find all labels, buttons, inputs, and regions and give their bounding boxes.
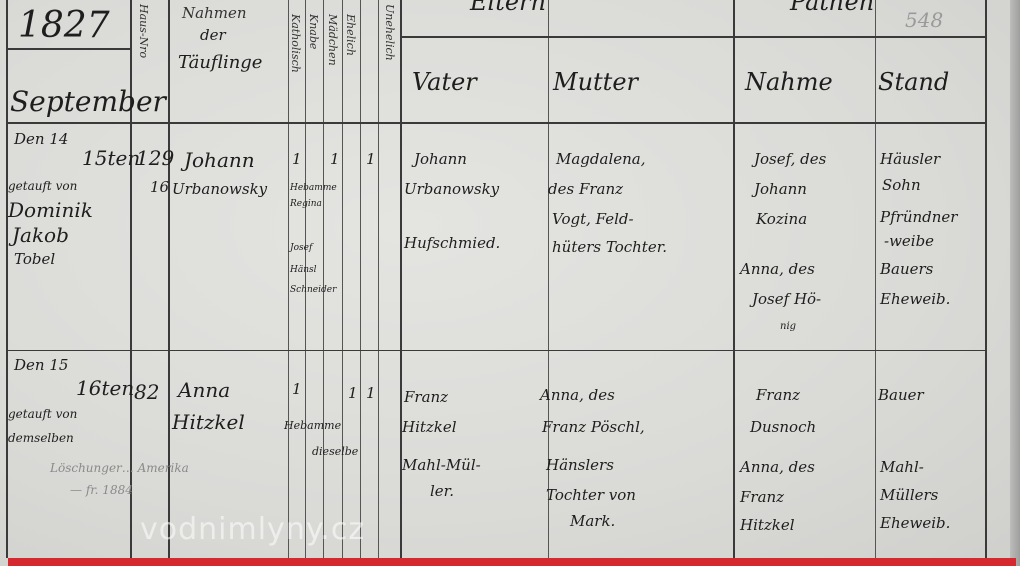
rule xyxy=(6,48,130,50)
mother-line: hüters Tochter. xyxy=(552,240,667,255)
godparent-line: Johann xyxy=(754,182,807,197)
mother-line: Vogt, Feld- xyxy=(552,212,634,227)
mother-line: Anna, des xyxy=(540,388,615,403)
midwife-note: Schneider xyxy=(290,286,336,295)
entry-date-baptized: 16ten xyxy=(76,378,134,398)
rule xyxy=(6,0,8,558)
name-header-mid: der xyxy=(200,28,226,43)
rule xyxy=(985,0,987,558)
child-name-first: Anna xyxy=(178,380,230,400)
mark-female: 1 xyxy=(292,382,302,397)
child-name-first: Johann xyxy=(184,150,255,170)
godparent-line: Franz xyxy=(756,388,800,403)
rule xyxy=(875,0,876,558)
house-number: 129 xyxy=(136,148,174,168)
stand-line: Sohn xyxy=(882,178,921,193)
rule xyxy=(378,0,379,558)
mother-line: Franz Pöschl, xyxy=(542,420,645,435)
stand-line: Häusler xyxy=(880,152,940,167)
month: September xyxy=(10,88,166,116)
child-name-last: Urbanowsky xyxy=(172,182,267,197)
midwife-note: Regina xyxy=(290,200,322,209)
entry-date-born: Den 14 xyxy=(14,132,68,147)
house-sub-number: 16 xyxy=(150,180,169,195)
stand-line: Bauers xyxy=(880,262,933,277)
house-number: 82 xyxy=(134,382,159,402)
father-line: Johann xyxy=(414,152,467,167)
pencil-annotation: — fr. 1884 xyxy=(70,484,133,496)
name-header-top: Nahmen xyxy=(182,6,247,21)
narrow-header-4: Ehelich xyxy=(344,14,357,56)
priest-name-3: Tobel xyxy=(14,252,55,267)
baptized-by-label: getauft von xyxy=(8,180,77,192)
stand-line: Pfründner xyxy=(880,210,957,225)
stand-header: Stand xyxy=(878,70,949,94)
bottom-red-bar xyxy=(8,558,1016,566)
stand-line: Eheweib. xyxy=(880,516,950,531)
midwife-note: Josef xyxy=(290,244,312,253)
rule xyxy=(323,0,324,558)
year: 1827 xyxy=(18,8,110,44)
narrow-header-3: Mädchen xyxy=(326,14,339,66)
godparent-line: Kozina xyxy=(756,212,807,227)
midwife-note: Hänsl xyxy=(290,266,317,275)
watermark: vodnimlyny.cz xyxy=(140,512,365,547)
mutter-header: Mutter xyxy=(553,70,638,94)
entry-date-born: Den 15 xyxy=(14,358,68,373)
godparent-line: Dusnoch xyxy=(750,420,816,435)
narrow-header-1: Katholisch xyxy=(289,14,302,73)
stand-line: Mahl- xyxy=(880,460,924,475)
rule xyxy=(305,0,306,558)
father-line: Hufschmied. xyxy=(404,236,500,251)
rule xyxy=(360,0,361,558)
godparent-line: Anna, des xyxy=(740,262,815,277)
midwife-note: Hebamme xyxy=(284,420,341,431)
rule xyxy=(548,0,549,558)
father-line: Mahl-Mül- xyxy=(402,458,481,473)
father-line: ler. xyxy=(430,484,454,499)
narrow-header-2: Knabe xyxy=(307,14,320,49)
vater-header: Vater xyxy=(412,70,477,94)
stand-line: Müllers xyxy=(880,488,938,503)
mother-line: Magdalena, xyxy=(556,152,646,167)
godparent-line: Josef Hö- xyxy=(752,292,821,307)
nahme-header: Nahme xyxy=(745,70,833,94)
mark-legit: 1 xyxy=(348,386,358,401)
stand-line: Bauer xyxy=(878,388,924,403)
rule xyxy=(400,0,402,558)
midwife-note: dieselbe xyxy=(312,446,358,457)
rule xyxy=(288,0,289,558)
godparent-line: Anna, des xyxy=(740,460,815,475)
mother-line: des Franz xyxy=(548,182,623,197)
entry-date-baptized: 15ten xyxy=(82,148,140,168)
mother-line: Tochter von xyxy=(546,488,636,503)
priest-name-1: Dominik xyxy=(8,200,93,220)
midwife-note: Hebamme xyxy=(290,184,337,193)
rule xyxy=(733,0,735,558)
mark-male: 1 xyxy=(292,152,302,167)
name-header-bottom: Täuflinge xyxy=(178,54,262,72)
godparent-line: nig xyxy=(780,322,796,332)
godparent-line: Franz xyxy=(740,490,784,505)
child-name-last: Hitzkel xyxy=(172,412,245,432)
mother-line: Hänslers xyxy=(546,458,614,473)
father-line: Urbanowsky xyxy=(404,182,499,197)
godparents-group-header: Pathen xyxy=(790,0,874,14)
godparent-line: Hitzkel xyxy=(740,518,795,533)
book-edge xyxy=(1010,0,1020,566)
narrow-header-5: Unehelich xyxy=(383,4,396,61)
stand-line: -weibe xyxy=(884,234,934,249)
page-number: 548 xyxy=(905,8,943,32)
rule xyxy=(6,350,986,351)
mark-catholic: 1 xyxy=(366,386,376,401)
priest-name-1: demselben xyxy=(8,432,74,444)
mother-line: Mark. xyxy=(570,514,615,529)
priest-name-2: Jakob xyxy=(12,225,69,245)
house-number-header: Haus-Nro xyxy=(137,4,150,58)
mark-catholic: 1 xyxy=(366,152,376,167)
rule xyxy=(342,0,343,558)
mark-legit: 1 xyxy=(330,152,340,167)
pencil-annotation: Löschunger… Amerika xyxy=(50,462,189,474)
rule xyxy=(400,36,985,38)
register-page: 1827 September Haus-Nro Nahmen der Täufl… xyxy=(0,0,1020,566)
stand-line: Eheweib. xyxy=(880,292,950,307)
godparent-line: Josef, des xyxy=(754,152,826,167)
father-line: Hitzkel xyxy=(402,420,457,435)
parents-group-header: Eltern xyxy=(470,0,546,14)
father-line: Franz xyxy=(404,390,448,405)
baptized-by-label: getauft von xyxy=(8,408,77,420)
rule xyxy=(6,122,986,124)
